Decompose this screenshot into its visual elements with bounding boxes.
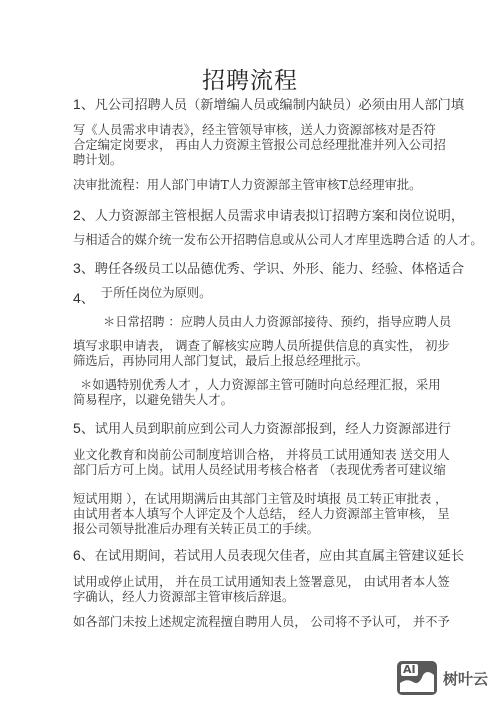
daily-recruit-line-3: 筛选后，再协同用人部门复试，最后上报总经理批示。 [73, 354, 368, 369]
daily-recruit-line-2: 填写求职申请表， 调查了解核实应聘人员所提供信息的真实性， 初步 [73, 339, 450, 354]
paragraph-2-line-1: 2、人力资源部主管根据人员需求申请表拟订招聘方案和岗位说明， [73, 208, 464, 224]
paragraph-1-line-2: 写《人员需求申请表》，经主管领导审核，送人力资源部核对是否符 [73, 123, 436, 138]
paragraph-5-line-4: 短试用期 ），在试用期满后由其部门主管及时填报 员工转正审批表 ， [73, 492, 447, 507]
approval-flow-line: 决审批流程：用人部门申请T人力资源部主管审核T总经理审批。 [73, 178, 421, 193]
item-number: 1、 [73, 96, 95, 112]
line-text: 凡公司招聘人员（新增编人员或编制内缺员）必须由用人部门填 [95, 98, 464, 113]
page-title: 招聘流程 [0, 62, 500, 95]
item-number: 5、 [73, 420, 95, 436]
mountain-shape [397, 661, 437, 695]
paragraph-1-line-1: 1、凡公司招聘人员（新增编人员或编制内缺员）必须由用人部门填 [73, 97, 464, 113]
daily-recruit-line-1: ＊日常招聘 ：应聘人员由人力资源部接待、预约，指导应聘人员 [103, 315, 451, 330]
image-mountain-icon: AI [397, 661, 437, 695]
item-number: 3、 [73, 260, 95, 276]
paragraph-6-line-2: 试用或停止试用， 并在员工试用通知表上签署意见， 由试用者本人签 [73, 575, 450, 590]
paragraph-1-line-4: 聘计划。 [73, 153, 122, 168]
item-number: 6、 [73, 547, 95, 563]
item-number: 2、 [73, 207, 95, 223]
paragraph-5-line-6: 报公司领导批准后办理有关转正员工的手续。 [73, 522, 319, 537]
line-text: 于所任岗位为原则。 [101, 286, 212, 300]
closing-line: 如各部门未按上述规定流程擅自聘用人员， 公司将不予认可， 并不予 [73, 615, 450, 630]
paragraph-5-line-1: 5、试用人员到职前应到公司人力资源部报到，经人力资源部进行 [73, 421, 451, 437]
item-number: 4、 [73, 290, 95, 306]
line-text: 聘任各级员工以品德优秀、学识、外形、能力、经验、体格适合 [95, 262, 464, 277]
paragraph-6-line-3: 字确认，经人力资源部主管审核后辞退。 [73, 590, 294, 605]
talent-line-1: ＊如遇特别优秀人才 ，人力资源部主管可随时向总经理汇报，采用 [80, 378, 441, 393]
paragraph-1-line-3: 合定编定岗要求， 再由人力资源主管报公司总经理批准并列入公司招 [73, 138, 446, 153]
watermark: AI 树叶云 [397, 661, 488, 695]
paragraph-4-line-1: 4、于所任岗位为原则。 [73, 285, 211, 301]
line-text: 人力资源部主管根据人员需求申请表拟订招聘方案和岗位说明， [95, 209, 464, 224]
paragraph-2-line-2: 与相适合的媒介统一发布公开招聘信息或从公司人才库里选聘合适 的人才。 [73, 233, 483, 248]
line-text: 在试用期间，若试用人员表现欠佳者，应由其直属主管建议延长 [95, 549, 464, 564]
talent-line-2: 简易程序，以避免错失人才。 [73, 393, 233, 408]
paragraph-3-line-1: 3、聘任各级员工以品德优秀、学识、外形、能力、经验、体格适合 [73, 261, 464, 277]
paragraph-5-line-2: 业文化教育和岗前公司制度培训合格， 并将员工试用通知表 送交用人 [73, 448, 450, 463]
paragraph-5-line-3: 部门后方可上岗。试用人员经试用考核合格者 （表现优秀者可建议缩 [73, 463, 446, 478]
line-text: 试用人员到职前应到公司人力资源部报到，经人力资源部进行 [95, 422, 451, 437]
brand-name: 树叶云 [443, 668, 488, 689]
paragraph-6-line-1: 6、在试用期间，若试用人员表现欠佳者，应由其直属主管建议延长 [73, 548, 464, 564]
paragraph-5-line-5: 由试用者本人填写个人评定及个人总结， 经人力资源部主管审核， 呈 [73, 507, 450, 522]
